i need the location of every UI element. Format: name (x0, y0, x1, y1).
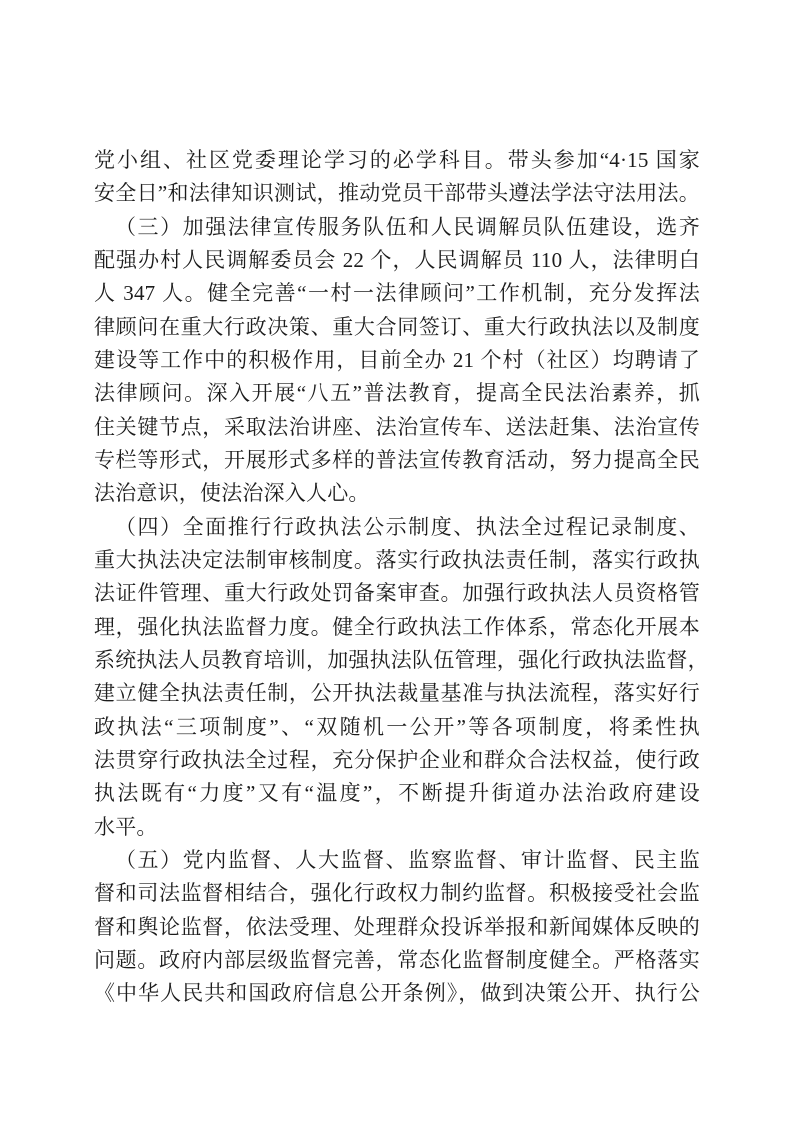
text-line: 法律顾问。深入开展“八五”普法教育，提高全民法治素养，抓 (94, 377, 700, 410)
text-line: 督和司法监督相结合，强化行政权力制约监督。积极接受社会监 (94, 877, 700, 910)
text-line: 党小组、社区党委理论学习的必学科目。带头参加“4·15 国家 (94, 144, 700, 177)
paragraph: （四）全面推行行政执法公示制度、执法全过程记录制度、 重大执法决定法制审核制度。… (94, 511, 700, 844)
text-line: （四）全面推行行政执法公示制度、执法全过程记录制度、 (94, 511, 700, 544)
text-line: 系统执法人员教育培训，加强执法队伍管理，强化行政执法监督， (94, 644, 700, 677)
text-line: 法贯穿行政执法全过程，充分保护企业和群众合法权益，使行政 (94, 744, 700, 777)
text-line: 执法既有“力度”又有“温度”，不断提升街道办法治政府建设 (94, 777, 700, 810)
text-line: 水平。 (94, 811, 700, 844)
paragraph: 党小组、社区党委理论学习的必学科目。带头参加“4·15 国家 安全日”和法律知识… (94, 144, 700, 211)
text-line: 住关键节点，采取法治讲座、法治宣传车、送法赶集、法治宣传 (94, 411, 700, 444)
text-line: 建设等工作中的积极作用，目前全办 21 个村（社区）均聘请了 (94, 344, 700, 377)
paragraph: （三）加强法律宣传服务队伍和人民调解员队伍建设，选齐 配强办村人民调解委员会 2… (94, 211, 700, 511)
text-line: 建立健全执法责任制，公开执法裁量基准与执法流程，落实好行 (94, 677, 700, 710)
text-line: 政执法“三项制度”、“双随机一公开”等各项制度，将柔性执 (94, 711, 700, 744)
text-line: 律顾问在重大行政决策、重大合同签订、重大行政执法以及制度 (94, 311, 700, 344)
text-line: （五）党内监督、人大监督、监察监督、审计监督、民主监 (94, 844, 700, 877)
text-line: 法治意识，使法治深入人心。 (94, 477, 700, 510)
text-line: 《中华人民共和国政府信息公开条例》，做到决策公开、执行公 (94, 977, 700, 1010)
text-line: 督和舆论监督，依法受理、处理群众投诉举报和新闻媒体反映的 (94, 911, 700, 944)
document-page: 党小组、社区党委理论学习的必学科目。带头参加“4·15 国家 安全日”和法律知识… (0, 0, 792, 1121)
text-line: 安全日”和法律知识测试，推动党员干部带头遵法学法守法用法。 (94, 177, 700, 210)
text-line: 配强办村人民调解委员会 22 个，人民调解员 110 人，法律明白 (94, 244, 700, 277)
text-line: 问题。政府内部层级监督完善，常态化监督制度健全。严格落实 (94, 944, 700, 977)
text-line: 法证件管理、重大行政处罚备案审查。加强行政执法人员资格管 (94, 577, 700, 610)
document-body: 党小组、社区党委理论学习的必学科目。带头参加“4·15 国家 安全日”和法律知识… (94, 144, 700, 1011)
text-line: 重大执法决定法制审核制度。落实行政执法责任制，落实行政执 (94, 544, 700, 577)
text-line: 理，强化执法监督力度。健全行政执法工作体系，常态化开展本 (94, 611, 700, 644)
text-line: 专栏等形式，开展形式多样的普法宣传教育活动，努力提高全民 (94, 444, 700, 477)
paragraph: （五）党内监督、人大监督、监察监督、审计监督、民主监 督和司法监督相结合，强化行… (94, 844, 700, 1011)
text-line: （三）加强法律宣传服务队伍和人民调解员队伍建设，选齐 (94, 211, 700, 244)
text-line: 人 347 人。健全完善“一村一法律顾问”工作机制，充分发挥法 (94, 277, 700, 310)
